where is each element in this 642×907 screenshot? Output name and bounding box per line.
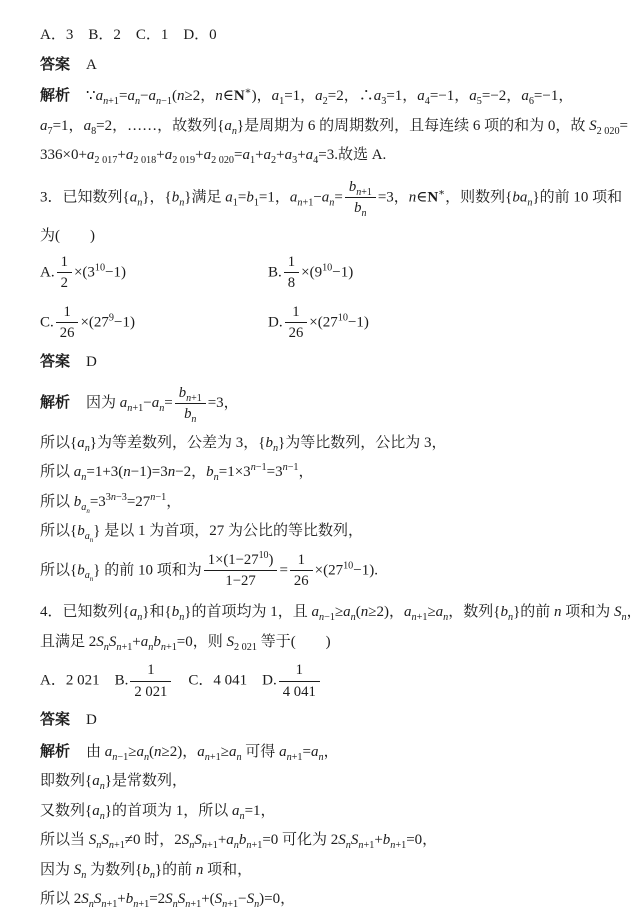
q4-stem-line-2: 且满足 2SnSn+1+anbn+1=0，则 S2 021 等于( ): [40, 631, 616, 654]
q3-analysis-line-1: 解析因为 an+1−an=bn+1bn=3，: [40, 383, 616, 425]
q3-stem-line-1: 3．已知数列{an}，{bn}满足 a1=b1=1，an+1−an=bn+1bn…: [40, 177, 616, 219]
answer-label: 答案: [40, 56, 70, 73]
analysis-label: 解析: [40, 394, 70, 411]
q2-answer-line: 答案A: [40, 54, 616, 77]
q3-analysis-line-6: 所以{ban} 的前 10 项和为1×(1−2710)1−27=126×(271…: [40, 550, 616, 592]
q3-option-b: B.18×(910−1): [268, 252, 616, 294]
analysis-label: 解析: [40, 87, 70, 104]
fraction: 126: [285, 303, 308, 343]
q4-analysis-line-1: 解析由 an−1≥an(n≥2)，an+1≥an 可得 an+1=an，: [40, 741, 616, 764]
answer-value: D: [86, 354, 97, 370]
q2-choices-line: A．3 B．2 C．1 D．0: [40, 24, 616, 47]
q2-analysis-line-2: a7=1，a8=2，……，故数列{an}是周期为 6 的周期数列，且每连续 6 …: [40, 115, 616, 138]
fraction: 126: [290, 551, 313, 591]
fraction: 1×(1−2710)1−27: [204, 551, 278, 591]
q4-options-line: A．2 021 B.12 021 C．4 041 D.14 041: [40, 660, 616, 702]
fraction: bn+1bn: [345, 178, 376, 218]
q3-option-a: A.12×(310−1): [40, 252, 268, 294]
answer-label: 答案: [40, 711, 70, 728]
q4-analysis-line-2: 即数列{an}是常数列，: [40, 770, 616, 793]
fraction: 12: [57, 253, 72, 293]
q3-analysis-line-3: 所以 an=1+3(n−1)=3n−2，bn=1×3n−1=3n−1，: [40, 461, 616, 484]
answer-label: 答案: [40, 353, 70, 370]
q2-analysis-line-3: 336×0+a2 017+a2 018+a2 019+a2 020=a1+a2+…: [40, 144, 616, 167]
math-worksheet-page: A．3 B．2 C．1 D．0 答案A 解析∵an+1=an−an−1(n≥2，…: [0, 0, 642, 907]
q4-analysis-line-6: 所以 2SnSn+1+bn+1=2SnSn+1+(Sn+1−Sn)=0，: [40, 888, 616, 907]
q3-options-row-2: C.126×(279−1) D.126×(2710−1): [40, 302, 616, 344]
analysis-text: 由 an−1≥an(n≥2)，an+1≥an 可得 an+1=an，: [86, 744, 339, 760]
q3-analysis-line-4: 所以 ban=33n−3=27n−1，: [40, 491, 616, 514]
q3-stem-line-2: 为( ): [40, 225, 616, 248]
q3-analysis-line-5: 所以{ban} 是以 1 为首项，27 为公比的等比数列，: [40, 520, 616, 543]
q4-answer-line: 答案D: [40, 709, 616, 732]
fraction: 12 021: [130, 661, 171, 701]
analysis-text: 因为 an+1−an=bn+1bn=3，: [86, 395, 239, 411]
fraction: 18: [284, 253, 299, 293]
analysis-text: ∵an+1=an−an−1(n≥2，n∈N∗)，a1=1，a2=2，∴a3=1，…: [86, 88, 573, 104]
fraction: 14 041: [279, 661, 320, 701]
q3-answer-line: 答案D: [40, 351, 616, 374]
q4-stem-line-1: 4．已知数列{an}和{bn}的首项均为 1，且 an−1≥an(n≥2)，an…: [40, 601, 616, 624]
answer-value: D: [86, 712, 97, 728]
q3-analysis-line-2: 所以{an}为等差数列，公差为 3，{bn}为等比数列，公比为 3，: [40, 432, 616, 455]
q3-option-c: C.126×(279−1): [40, 302, 268, 344]
q2-analysis-line-1: 解析∵an+1=an−an−1(n≥2，n∈N∗)，a1=1，a2=2，∴a3=…: [40, 85, 616, 108]
q4-analysis-line-5: 因为 Sn 为数列{bn}的前 n 项和，: [40, 859, 616, 882]
q3-option-d: D.126×(2710−1): [268, 302, 616, 344]
q3-options-row-1: A.12×(310−1) B.18×(910−1): [40, 252, 616, 294]
q4-analysis-line-3: 又数列{an}的首项为 1，所以 an=1，: [40, 800, 616, 823]
analysis-label: 解析: [40, 743, 70, 760]
fraction: 126: [56, 303, 79, 343]
fraction: bn+1bn: [175, 384, 206, 424]
answer-value: A: [86, 57, 97, 73]
q4-analysis-line-4: 所以当 SnSn+1≠0 时，2SnSn+1+anbn+1=0 可化为 2SnS…: [40, 829, 616, 852]
